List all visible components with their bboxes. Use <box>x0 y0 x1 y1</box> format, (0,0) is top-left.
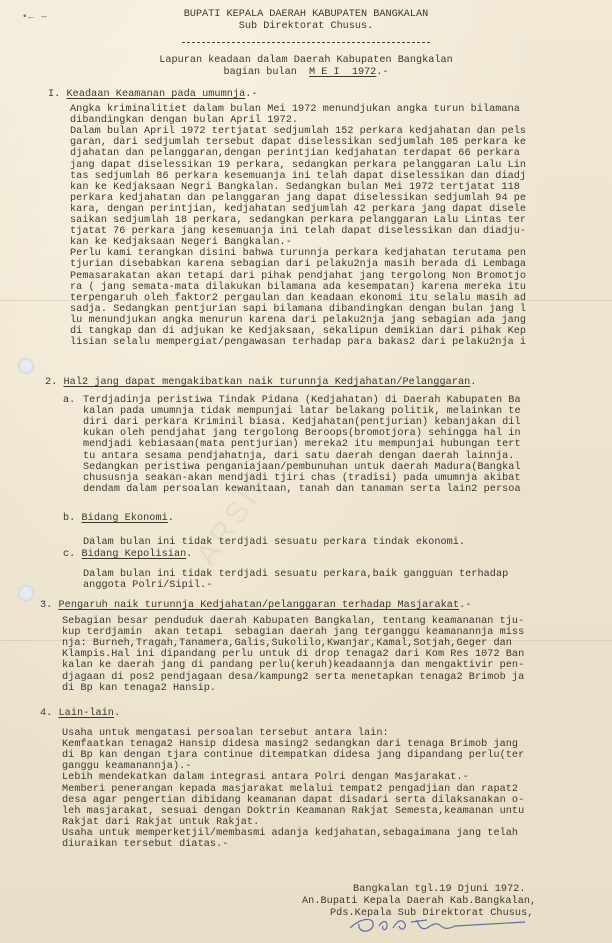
paragraph-line: tjatat 76 perkara jang kesemuanja ini te… <box>70 226 526 237</box>
paragraph-line: Terdjadinja peristiwa Tindak Pidana (Ked… <box>83 395 521 406</box>
section-title-suffix: . <box>470 377 476 388</box>
paragraph-line: Dalam bulan April 1972 tertjatat sedjuml… <box>70 126 526 137</box>
paragraph-line: Dalam bulan ini tidak terdjadi sesuatu p… <box>83 569 508 580</box>
paragraph-line: saikan sedjumlah 18 perkara, sedangkan p… <box>70 215 526 226</box>
paragraph-line: Kemfaatkan tenaga2 Hansip didesa masing2… <box>62 739 518 750</box>
section-title-suffix: .- <box>459 600 471 611</box>
paragraph-line: djahatan dan pelanggaran,dengan perintji… <box>70 148 520 159</box>
report-heading-line2: bagian bulan M E I 1972.- <box>0 67 612 78</box>
paragraph-line: kan ke Kedjaksaan Negeri Bangkalan.- <box>70 237 292 248</box>
paragraph-line: chususnja seakan-akan mendjadi tjiri cha… <box>83 473 521 484</box>
punch-hole-icon <box>18 358 34 374</box>
paragraph-line: dibandingkan dengan bulan April 1972. <box>70 115 298 126</box>
paragraph-line: kan ke Kedjaksaan Negri Bangkalan. Sedan… <box>70 182 520 193</box>
paragraph-line: jang dapat diselessikan 19 perkara, seda… <box>70 160 526 171</box>
paragraph-line: tas sedjumlah 86 perkara kesemuanja ini … <box>70 171 526 182</box>
section-number: 3. <box>40 600 52 611</box>
paragraph-line: kalan ke daerah jang di pandang perlu(ke… <box>62 660 524 671</box>
paragraph-line: di Bp kan tenaga2 Hansip. <box>62 683 216 694</box>
paragraph-line: djagaan di pos2 pendjagaan desa/kampung2… <box>62 672 524 683</box>
section-heading-1: I. Keadaan Keamanan pada umumnja.- <box>48 89 258 100</box>
section-title: Keadaan Keamanan pada umumnja <box>67 89 246 100</box>
report-period-month: M E I 1972 <box>309 67 376 78</box>
document-title: BUPATI KEPALA DAERAH KABUPATEN BANGKALAN <box>0 9 612 20</box>
paragraph-line: Lebih mendekatkan dalam integrasi antara… <box>62 772 469 783</box>
scanned-document-page: ARSIP •← — BUPATI KEPALA DAERAH KABUPATE… <box>0 0 612 943</box>
paragraph-line: sadja. Sedangkan pentjurian sapi bilaman… <box>70 304 526 315</box>
paragraph-line: Usaha untuk mengatasi persoalan tersebut… <box>62 728 389 739</box>
closing-place-date: Bangkalan tgl.19 Djuni 1972. <box>353 884 526 895</box>
section-heading-4: 4. Lain-lain. <box>40 708 120 719</box>
paragraph-line: di Bp kan dengan tjara continue ditempat… <box>62 750 524 761</box>
paragraph-line: Klampis.Hal ini dipandang perlu untuk di… <box>62 649 524 660</box>
paragraph-line: Memberi penerangan kepada masjarakat mel… <box>62 784 518 795</box>
subsection-heading-c: c. Bidang Kepolisian. <box>63 549 192 560</box>
section-title-suffix: . <box>114 708 120 719</box>
paragraph-line: Pemasarakatan akan tetapi dari pihak pen… <box>70 271 526 282</box>
section-title: Hal2 jang dapat mengakibatkan naik turun… <box>64 377 471 388</box>
paragraph-line: kalan pada umumnja tidak mempunjai latar… <box>83 406 521 417</box>
paragraph-line: Usaha untuk memperketjil/membasmi adanja… <box>62 828 518 839</box>
paragraph-line: diri dari perkara Kriminil biasa. Kedjah… <box>83 417 521 428</box>
subsection-heading-b: b. Bidang Ekonomi. <box>63 513 174 524</box>
paragraph-line: nja: Burneh,Tragah,Tanamera,Galis,Sukoli… <box>62 638 512 649</box>
section-title: Lain-lain <box>59 708 114 719</box>
paragraph-line: desa agar pengertian dibidang keamanan d… <box>62 795 524 806</box>
paragraph-line: lu menundjukan angka menurun karena dari… <box>70 315 526 326</box>
subsection-letter: c. <box>63 549 75 560</box>
subsection-title: Bidang Ekonomi <box>82 513 168 524</box>
paragraph-line: ra ( jang semata-mata dilakukan bilamana… <box>70 282 526 293</box>
paragraph-line: Dalam bulan ini tidak terdjadi sesuatu p… <box>83 537 465 548</box>
section-number: 2. <box>45 377 57 388</box>
paragraph-line: kukan oleh pendjahat jang tergolong Bero… <box>83 428 521 439</box>
document-subtitle: Sub Direktorat Chusus. <box>0 21 612 32</box>
paragraph-line: di tangkap dan di adjukan ke Kedjaksaan,… <box>70 326 526 337</box>
paragraph-line: anggota Polri/Sipil.- <box>83 580 212 591</box>
paragraph-line: kara, dengan perintjian, kedjahatan sedj… <box>70 204 526 215</box>
paragraph-line: tu antara sesama pendjahatnja, dari satu… <box>83 451 514 462</box>
paragraph-line: mendjadi kebiasaan(mata pentjurian) mere… <box>83 439 521 450</box>
paragraph-line: Sedangkan peristiwa penganiajaan/pembunu… <box>83 462 521 473</box>
report-heading-line1: Lapuran keadaan dalam Daerah Kabupaten B… <box>0 55 612 66</box>
paragraph-line: leh masjarakat, sesuai dengan Doktrin Ke… <box>62 806 524 817</box>
subsection-letter: a. <box>63 395 75 406</box>
paragraph-line: Perlu kami terangkan disini bahwa turunn… <box>70 248 526 259</box>
paragraph-line: tjurian disebabkan karena sebagian dari … <box>70 259 526 270</box>
paragraph-line: garan, dari sedjumlah tersebut dapat dis… <box>70 137 526 148</box>
section-number: 4. <box>40 708 52 719</box>
paragraph-line: ganggu keamanannja).- <box>62 761 191 772</box>
punch-hole-icon <box>18 585 34 601</box>
paragraph-line: diuraikan tersebut diatas.- <box>62 839 228 850</box>
paragraph-line: Sebagian besar penduduk daerah Kabupaten… <box>62 616 524 627</box>
paragraph-line: perkara kedjahatan dan pelanggaran jang … <box>70 193 526 204</box>
section-title-suffix: .- <box>245 89 257 100</box>
section-heading-3: 3. Pengaruh naik turunnja Kedjahatan/pel… <box>40 600 471 611</box>
paragraph-line: kup terdjamin akan tetapi sebagian daera… <box>62 627 524 638</box>
section-number: I. <box>48 89 60 100</box>
paragraph-line: Angka kriminalitiet dalam bulan Mei 1972… <box>70 104 520 115</box>
paragraph-line: terpengaruh oleh faktor2 pergaulan dan k… <box>70 293 526 304</box>
title-divider <box>182 42 430 43</box>
section-heading-2: 2. Hal2 jang dapat mengakibatkan naik tu… <box>45 377 476 388</box>
subsection-title-suffix: . <box>186 549 192 560</box>
closing-on-behalf: An.Bupati Kepala Daerah Kab.Bangkalan, <box>302 896 536 907</box>
paragraph-line: Rakjat dari Rakjat untuk Rakjat. <box>62 817 259 828</box>
report-period-suffix: .- <box>376 67 388 78</box>
subsection-title-suffix: . <box>168 513 174 524</box>
report-period-prefix: bagian bulan <box>223 67 309 78</box>
subsection-letter: b. <box>63 513 75 524</box>
signature <box>345 910 535 940</box>
paragraph-line: lisian selalu mempergiat/pengawasan terh… <box>70 337 526 348</box>
section-title: Pengaruh naik turunnja Kedjahatan/pelang… <box>59 600 460 611</box>
paragraph-line: dendam dalam persoalan kewanitaan, tanah… <box>83 484 521 495</box>
subsection-title: Bidang Kepolisian <box>82 549 187 560</box>
